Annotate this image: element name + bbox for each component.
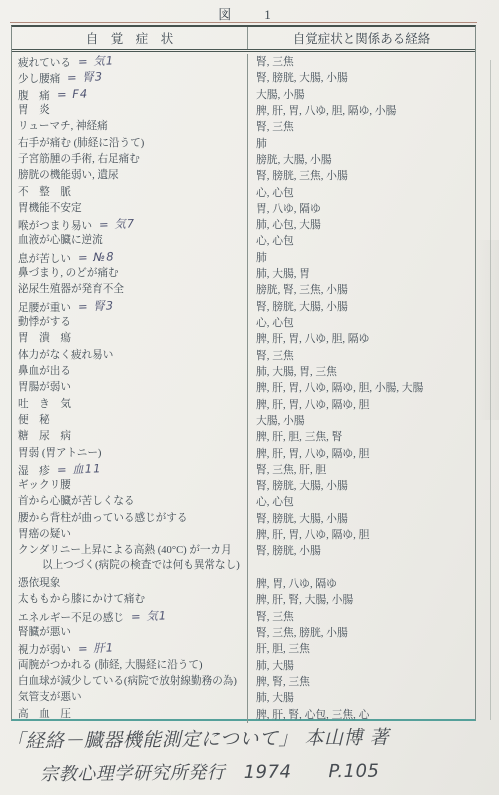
- symptom-text-line2: 以上つづく(病院の検査では何も異常なし): [18, 559, 245, 574]
- symptom-text: 胃 潰 瘍: [18, 333, 71, 344]
- symptom-text: クンダリニー上昇による高熱 (40°C) が一カ月: [18, 545, 232, 556]
- symptom-text: 胃腸が弱い: [18, 382, 71, 393]
- handwritten-note: = F4: [57, 86, 89, 102]
- symptom-text: 右手が痛む (肺経に沿うて): [18, 138, 144, 149]
- meridians-cell: 膀胱, 大腸, 小腸: [248, 152, 475, 168]
- meridians-cell: 脾, 肝, 胃, 八ゆ, 隔ゆ, 胆: [248, 446, 475, 462]
- table-row: 体力がなく疲れ易い腎, 三焦: [12, 348, 475, 364]
- handwritten-note: = 気7: [99, 216, 136, 232]
- header-symptom: 自 覚 症 状: [12, 27, 248, 49]
- table-row: 胃癌の疑い脾, 肝, 胃, 八ゆ, 隔ゆ, 胆: [12, 527, 475, 543]
- meridians-cell: 心, 心包: [248, 185, 475, 201]
- symptom-cell: 胃 潰 瘍: [12, 331, 248, 347]
- symptom-cell: 腹 痛= F4: [12, 87, 248, 103]
- meridians-cell: 脾, 肝, 胃, 八ゆ, 胆, 隔ゆ, 小腸: [248, 103, 475, 119]
- meridians-cell: 心, 心包: [248, 315, 475, 331]
- symptom-text: 少し腰痛: [18, 74, 60, 85]
- symptom-cell: リューマチ, 神経痛: [12, 119, 248, 135]
- meridians-cell: 脾, 肝, 胃, 八ゆ, 胆, 隔ゆ: [248, 331, 475, 347]
- meridians-cell: 腎, 三焦: [248, 119, 475, 135]
- symptom-text: 高 血 圧: [18, 709, 71, 720]
- table-row: 腹 痛= F4大腸, 小腸: [12, 87, 475, 103]
- table-row: 子宮筋腫の手術, 右足痛む膀胱, 大腸, 小腸: [12, 152, 475, 168]
- handwritten-note: = 腎3: [78, 298, 115, 314]
- meridians-cell: 脾, 肝, 腎, 大腸, 小腸: [248, 592, 475, 608]
- meridians-cell: 肺, 大腸, 胃: [248, 266, 475, 282]
- symptom-text: 不 整 脈: [18, 187, 71, 198]
- table-row: 太ももから膝にかけて痛む脾, 肝, 腎, 大腸, 小腸: [12, 592, 475, 608]
- citation-title-author: 「経絡－臓器機能測定について」 本山博 著: [6, 719, 492, 758]
- symptom-text: 鼻づまり, のどが痛む: [18, 268, 119, 279]
- symptom-cell: クンダリニー上昇による高熱 (40°C) が一カ月以上つづく(病院の検査では何も…: [12, 543, 248, 576]
- table-row: エネルギー不足の感じ= 気1腎, 三焦: [12, 609, 475, 625]
- table-row: 泌尿生殖器が発育不全膀胱, 腎, 三焦, 小腸: [12, 282, 475, 298]
- meridians-cell: 腎, 膀胱, 大腸, 小腸: [248, 511, 475, 527]
- symptom-cell: 両腕がつかれる (肺経, 大腸経に沿うて): [12, 658, 248, 674]
- symptom-cell: 腰から背柱が曲っている感じがする: [12, 511, 248, 527]
- meridians-cell: 腎, 膀胱, 大腸, 小腸: [248, 478, 475, 494]
- symptom-cell: 便 秘: [12, 413, 248, 429]
- meridians-cell: 肺: [248, 136, 475, 152]
- handwritten-note: = 腎3: [67, 70, 104, 86]
- symptom-text: 胃機能不安定: [18, 203, 82, 214]
- table-row: 腎臓が悪い腎, 三焦, 膀胱, 小腸: [12, 625, 475, 641]
- symptom-cell: 血液が心臓に逆流: [12, 233, 248, 249]
- table-row: 胃弱 (胃アトニー)脾, 肝, 胃, 八ゆ, 隔ゆ, 胆: [12, 446, 475, 462]
- figure-label: 図 1: [0, 4, 499, 23]
- symptom-cell: 鼻づまり, のどが痛む: [12, 266, 248, 282]
- symptom-text: 泌尿生殖器が発育不全: [18, 284, 124, 295]
- meridians-cell: 脾, 肝, 胃, 八ゆ, 隔ゆ, 胆: [248, 527, 475, 543]
- table-row: 鼻づまり, のどが痛む肺, 大腸, 胃: [12, 266, 475, 282]
- scanned-page: 図 1 自 覚 症 状 自覚症状と関係ある経絡 疲れている= 気1腎, 三焦少し…: [0, 0, 499, 795]
- symptom-text: 視力が弱い: [18, 645, 71, 656]
- handwritten-note: = №8: [78, 249, 115, 265]
- meridians-cell: 腎, 三焦, 膀胱, 小腸: [248, 625, 475, 641]
- symptom-text: 足腰が重い: [18, 303, 71, 314]
- symptom-text: 血液が心臓に逆流: [18, 235, 103, 246]
- symptom-text: 疲れている: [18, 58, 71, 69]
- symptom-cell: 動悸がする: [12, 315, 248, 331]
- meridians-cell: 腎, 膀胱, 大腸, 小腸: [248, 299, 475, 315]
- symptom-text: ギックリ腰: [18, 480, 71, 491]
- meridians-cell: 膀胱, 腎, 三焦, 小腸: [248, 282, 475, 298]
- table-row: 血液が心臓に逆流心, 心包: [12, 233, 475, 249]
- table-row: リューマチ, 神経痛腎, 三焦: [12, 119, 475, 135]
- symptom-text: エネルギー不足の感じ: [18, 613, 124, 624]
- symptom-cell: 視力が弱い= 肝1: [12, 641, 248, 657]
- meridians-cell: 腎, 膀胱, 三焦, 小腸: [248, 168, 475, 184]
- meridians-cell: 肺, 大腸, 胃, 三焦: [248, 364, 475, 380]
- header-meridians: 自覚症状と関係ある経絡: [248, 27, 475, 49]
- symptom-cell: 膀胱の機能弱い, 遺尿: [12, 168, 248, 184]
- symptom-text: 胃 炎: [18, 105, 50, 116]
- meridians-cell: 胃, 八ゆ, 隔ゆ: [248, 201, 475, 217]
- table-row: 胃機能不安定胃, 八ゆ, 隔ゆ: [12, 201, 475, 217]
- meridians-cell: 腎, 膀胱, 小腸: [248, 543, 475, 576]
- table-row: 不 整 脈心, 心包: [12, 185, 475, 201]
- symptom-text: 腰から背柱が曲っている感じがする: [18, 513, 188, 524]
- table-row: 便 秘大腸, 小腸: [12, 413, 475, 429]
- meridians-cell: 脾, 肝, 胃, 八ゆ, 隔ゆ, 胆, 小腸, 大腸: [248, 380, 475, 396]
- citation-publisher-year-page: 宗教心理学研究所発行 1974 P.105: [6, 753, 492, 792]
- symptom-cell: 憑依現象: [12, 576, 248, 592]
- meridians-cell: 腎, 三焦: [248, 609, 475, 625]
- table-row: 膀胱の機能弱い, 遺尿腎, 膀胱, 三焦, 小腸: [12, 168, 475, 184]
- symptom-cell: 胃 炎: [12, 103, 248, 119]
- meridians-cell: 脾, 腎, 三焦: [248, 674, 475, 690]
- symptom-cell: 少し腰痛= 腎3: [12, 70, 248, 86]
- symptom-cell: 右手が痛む (肺経に沿うて): [12, 136, 248, 152]
- symptom-cell: 不 整 脈: [12, 185, 248, 201]
- symptom-cell: 糖 尿 病: [12, 429, 248, 445]
- meridians-cell: 肺, 大腸: [248, 690, 475, 706]
- symptom-text: 白血球が減少している(病院で放射線勤務の為): [18, 676, 237, 687]
- table-row: 少し腰痛= 腎3腎, 膀胱, 大腸, 小腸: [12, 70, 475, 86]
- table-row: 憑依現象脾, 胃, 八ゆ, 隔ゆ: [12, 576, 475, 592]
- table-row: 胃腸が弱い脾, 肝, 胃, 八ゆ, 隔ゆ, 胆, 小腸, 大腸: [12, 380, 475, 396]
- meridians-cell: 腎, 三焦, 肝, 胆: [248, 462, 475, 478]
- symptom-cell: 首から心臓が苦しくなる: [12, 494, 248, 510]
- table-row: 気管支が悪い肺, 大腸: [12, 690, 475, 706]
- symptom-meridian-table: 自 覚 症 状 自覚症状と関係ある経絡 疲れている= 気1腎, 三焦少し腰痛= …: [11, 25, 476, 721]
- symptom-text: 湿 疹: [18, 466, 50, 477]
- meridians-cell: 肺: [248, 250, 475, 266]
- symptom-cell: 太ももから膝にかけて痛む: [12, 592, 248, 608]
- symptom-text: 動悸がする: [18, 317, 71, 328]
- symptom-text: 吐 き 気: [18, 399, 71, 410]
- meridians-cell: 腎, 三焦: [248, 54, 475, 70]
- symptom-text: 太ももから膝にかけて痛む: [18, 594, 145, 605]
- symptom-cell: 子宮筋腫の手術, 右足痛む: [12, 152, 248, 168]
- symptom-text: 両腕がつかれる (肺経, 大腸経に沿うて): [18, 660, 203, 671]
- table-row: 視力が弱い= 肝1肝, 胆, 三焦: [12, 641, 475, 657]
- symptom-text: 首から心臓が苦しくなる: [18, 496, 135, 507]
- symptom-cell: 胃弱 (胃アトニー): [12, 446, 248, 462]
- handwritten-citation: 「経絡－臓器機能測定について」 本山博 著 宗教心理学研究所発行 1974 P.…: [6, 719, 493, 792]
- meridians-cell: 心, 心包: [248, 494, 475, 510]
- meridians-cell: 腎, 三焦: [248, 348, 475, 364]
- table-row: 鼻血が出る肺, 大腸, 胃, 三焦: [12, 364, 475, 380]
- symptom-cell: 喉がつまり易い= 気7: [12, 217, 248, 233]
- table-row: 両腕がつかれる (肺経, 大腸経に沿うて)肺, 大腸: [12, 658, 475, 674]
- symptom-text: 便 秘: [18, 415, 50, 426]
- symptom-text: 息が苦しい: [18, 254, 71, 265]
- table-row: 疲れている= 気1腎, 三焦: [12, 54, 475, 70]
- table-row: 胃 潰 瘍脾, 肝, 胃, 八ゆ, 胆, 隔ゆ: [12, 331, 475, 347]
- meridians-cell: 大腸, 小腸: [248, 87, 475, 103]
- symptom-text: 気管支が悪い: [18, 692, 82, 703]
- symptom-cell: 胃腸が弱い: [12, 380, 248, 396]
- meridians-cell: 脾, 肝, 胃, 八ゆ, 隔ゆ, 胆: [248, 397, 475, 413]
- meridians-cell: 大腸, 小腸: [248, 413, 475, 429]
- symptom-text: 胃癌の疑い: [18, 529, 71, 540]
- handwritten-note: = 気1: [131, 608, 168, 624]
- symptom-cell: 体力がなく疲れ易い: [12, 348, 248, 364]
- meridians-cell: 腎, 膀胱, 大腸, 小腸: [248, 70, 475, 86]
- table-row: 白血球が減少している(病院で放射線勤務の為)脾, 腎, 三焦: [12, 674, 475, 690]
- symptom-cell: 胃癌の疑い: [12, 527, 248, 543]
- symptom-cell: 腎臓が悪い: [12, 625, 248, 641]
- table-row: 動悸がする心, 心包: [12, 315, 475, 331]
- symptom-text: 憑依現象: [18, 578, 60, 589]
- symptom-cell: 気管支が悪い: [12, 690, 248, 706]
- symptom-cell: 足腰が重い= 腎3: [12, 299, 248, 315]
- symptom-cell: 息が苦しい= №8: [12, 250, 248, 266]
- symptom-cell: 湿 疹= 血11: [12, 462, 248, 478]
- table-header: 自 覚 症 状 自覚症状と関係ある経絡: [12, 27, 475, 52]
- symptom-text: リューマチ, 神経痛: [18, 121, 108, 132]
- symptom-text: 喉がつまり易い: [18, 221, 92, 232]
- handwritten-note: = 肝1: [78, 641, 115, 657]
- table-row: ギックリ腰腎, 膀胱, 大腸, 小腸: [12, 478, 475, 494]
- table-row: 息が苦しい= №8肺: [12, 250, 475, 266]
- symptom-cell: 疲れている= 気1: [12, 54, 248, 70]
- symptom-cell: 胃機能不安定: [12, 201, 248, 217]
- symptom-text: 鼻血が出る: [18, 366, 71, 377]
- table-row: 足腰が重い= 腎3腎, 膀胱, 大腸, 小腸: [12, 299, 475, 315]
- meridians-cell: 心, 心包: [248, 233, 475, 249]
- symptom-text: 腎臓が悪い: [18, 627, 71, 638]
- symptom-text: 糖 尿 病: [18, 431, 71, 442]
- symptom-cell: 高 血 圧: [12, 707, 248, 723]
- symptom-cell: ギックリ腰: [12, 478, 248, 494]
- meridians-cell: 脾, 肝, 胆, 三焦, 腎: [248, 429, 475, 445]
- table-row: 胃 炎脾, 肝, 胃, 八ゆ, 胆, 隔ゆ, 小腸: [12, 103, 475, 119]
- symptom-cell: 白血球が減少している(病院で放射線勤務の為): [12, 674, 248, 690]
- symptom-text: 胃弱 (胃アトニー): [18, 448, 101, 459]
- table-row: 湿 疹= 血11腎, 三焦, 肝, 胆: [12, 462, 475, 478]
- table-row: 糖 尿 病脾, 肝, 胆, 三焦, 腎: [12, 429, 475, 445]
- table-row: クンダリニー上昇による高熱 (40°C) が一カ月以上つづく(病院の検査では何も…: [12, 543, 475, 576]
- table-row: 喉がつまり易い= 気7肺, 心包, 大腸: [12, 217, 475, 233]
- table-row: 首から心臓が苦しくなる心, 心包: [12, 494, 475, 510]
- table-row: 吐 き 気脾, 肝, 胃, 八ゆ, 隔ゆ, 胆: [12, 397, 475, 413]
- symptom-cell: 鼻血が出る: [12, 364, 248, 380]
- symptom-text: 子宮筋腫の手術, 右足痛む: [18, 154, 140, 165]
- meridians-cell: 肝, 胆, 三焦: [248, 641, 475, 657]
- table-row: 腰から背柱が曲っている感じがする腎, 膀胱, 大腸, 小腸: [12, 511, 475, 527]
- symptom-text: 腹 痛: [18, 91, 50, 102]
- meridians-cell: 肺, 心包, 大腸: [248, 217, 475, 233]
- meridians-cell: 肺, 大腸: [248, 658, 475, 674]
- symptom-text: 体力がなく疲れ易い: [18, 350, 113, 361]
- handwritten-note: = 気1: [78, 53, 115, 69]
- scan-smudge: [473, 240, 499, 420]
- symptom-text: 膀胱の機能弱い, 遺尿: [18, 170, 119, 181]
- table-row: 右手が痛む (肺経に沿うて)肺: [12, 136, 475, 152]
- symptom-cell: 吐 き 気: [12, 397, 248, 413]
- meridians-cell: 脾, 胃, 八ゆ, 隔ゆ: [248, 576, 475, 592]
- symptom-cell: 泌尿生殖器が発育不全: [12, 282, 248, 298]
- table-body: 疲れている= 気1腎, 三焦少し腰痛= 腎3腎, 膀胱, 大腸, 小腸腹 痛= …: [12, 52, 475, 717]
- symptom-cell: エネルギー不足の感じ= 気1: [12, 609, 248, 625]
- handwritten-note: = 血11: [57, 461, 102, 477]
